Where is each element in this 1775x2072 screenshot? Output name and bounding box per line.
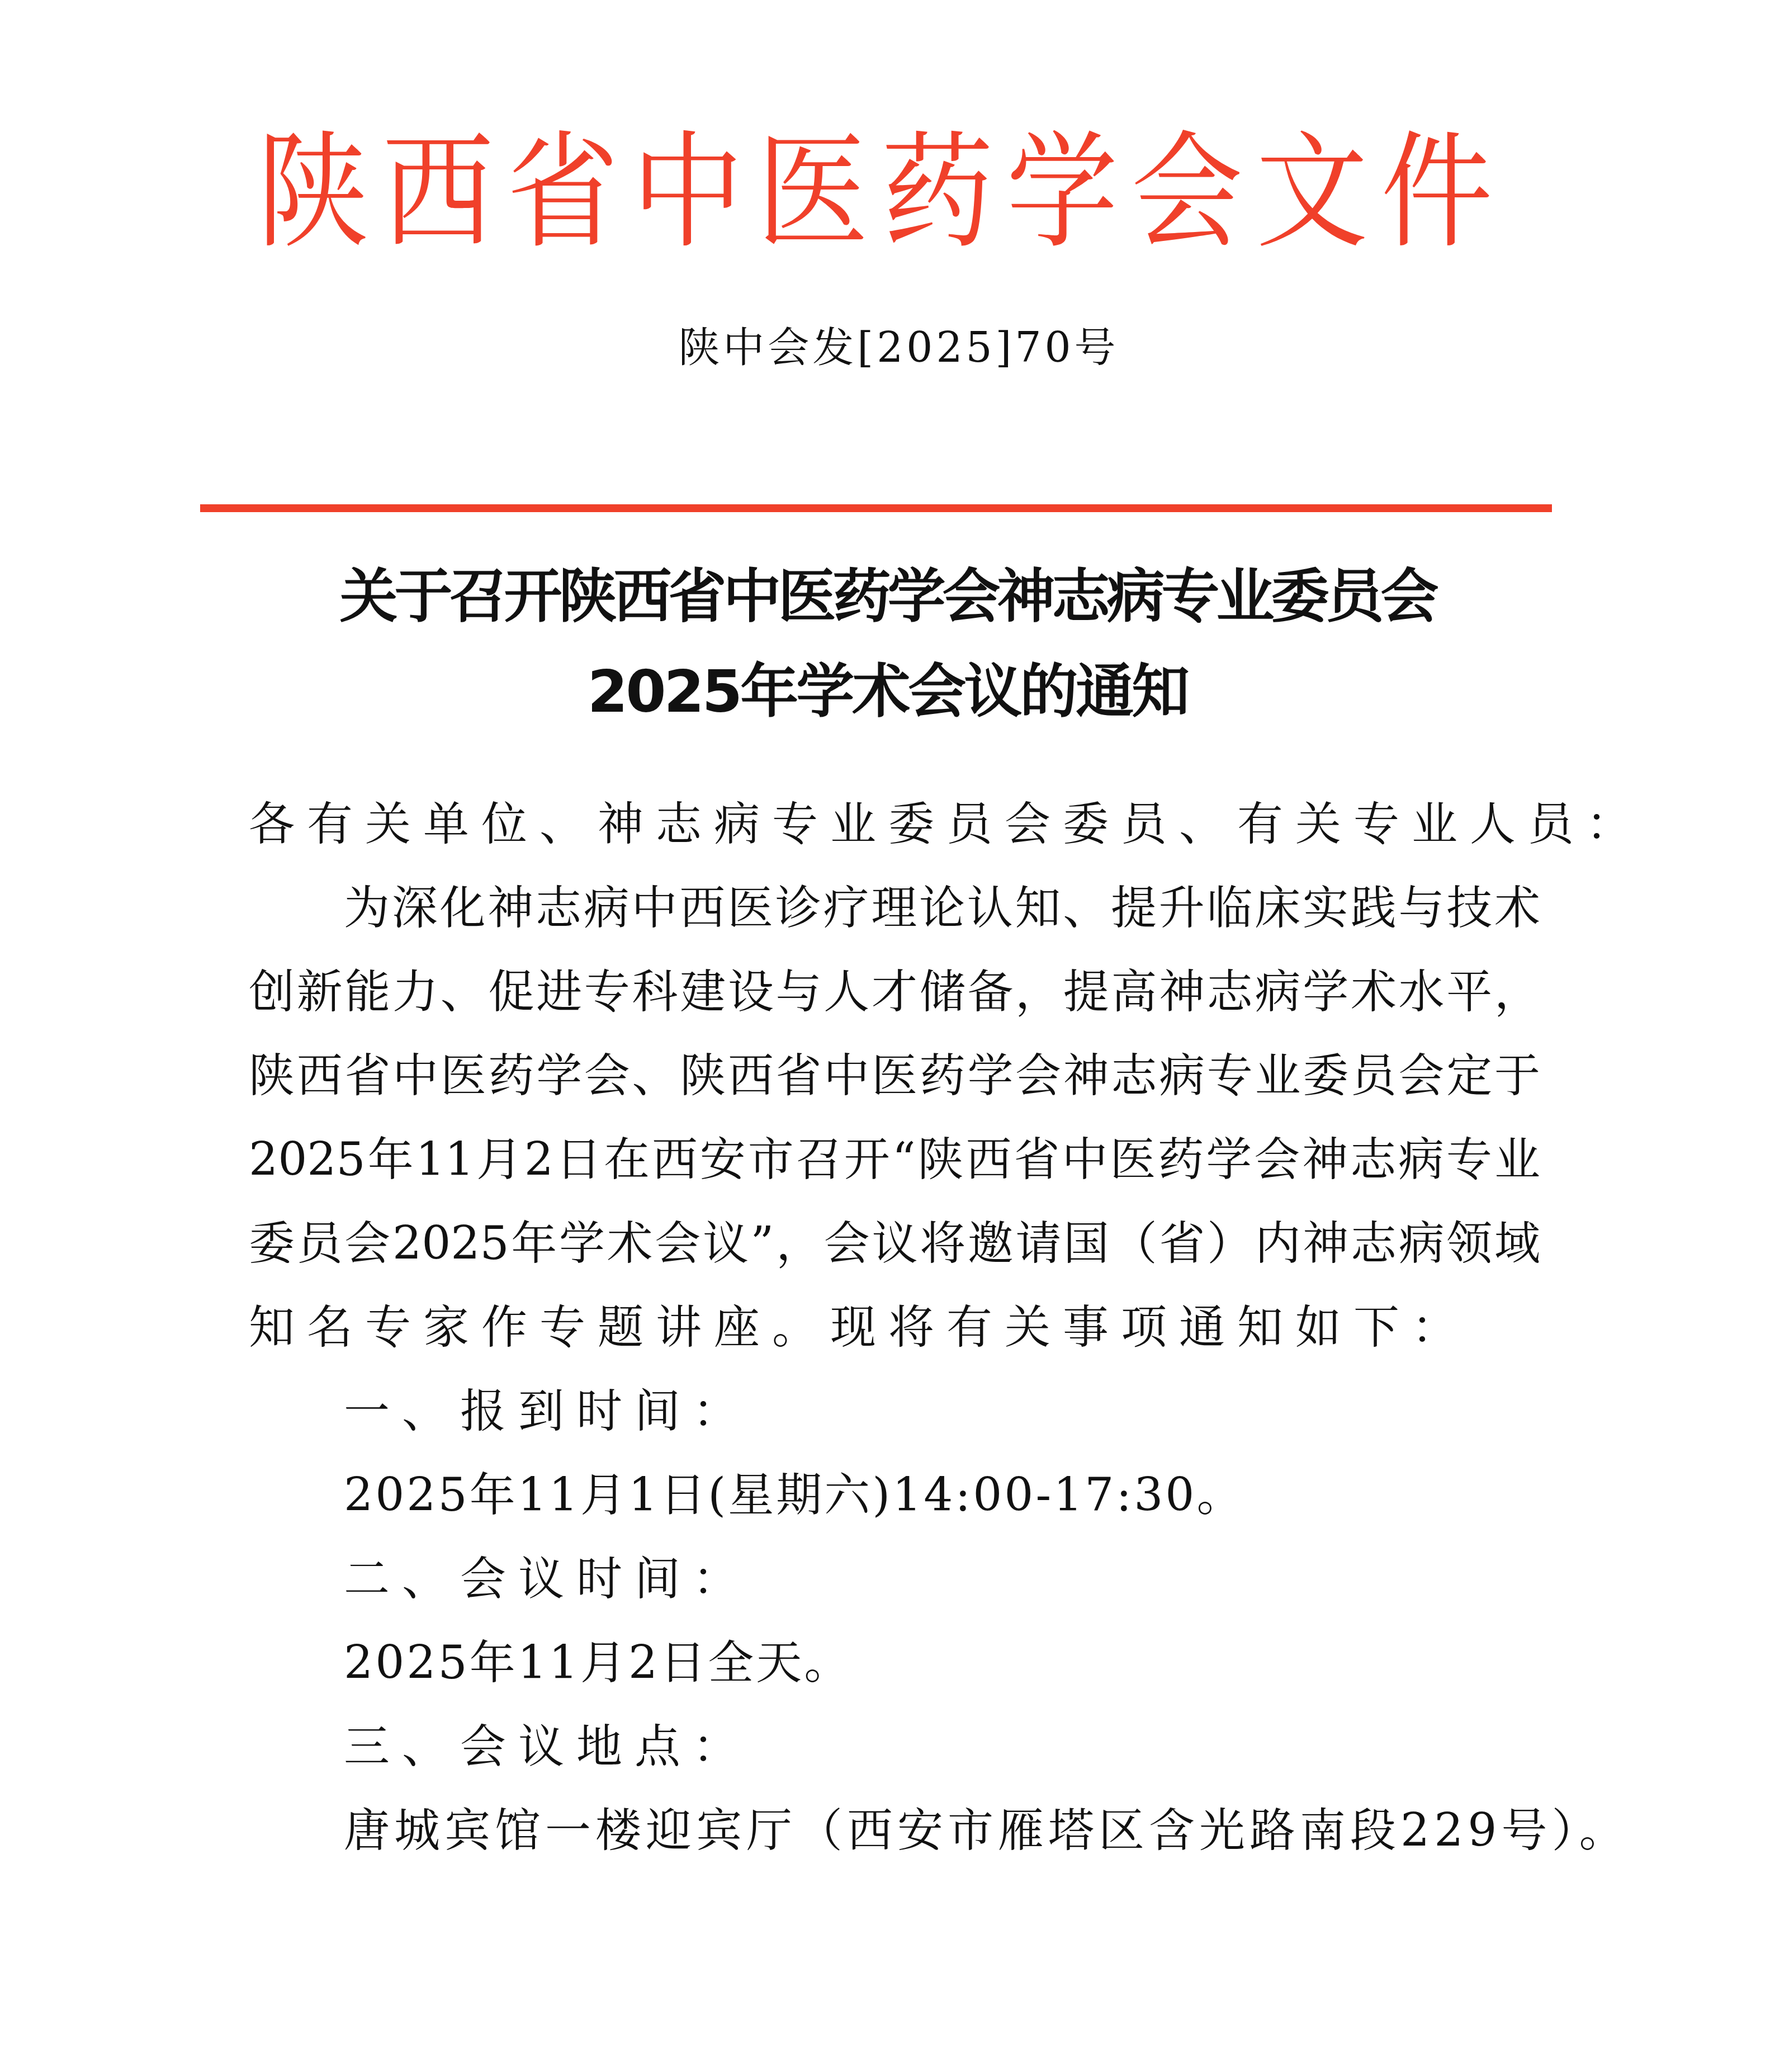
header-char: 文 [1256, 121, 1368, 265]
intro-paragraph-line: 陕西省中医药学会、陕西省中医药学会神志病专业委员会定于 [249, 1046, 1540, 1107]
section-heading-venue: 三、会议地点： [344, 1716, 1540, 1778]
intro-paragraph-line: 为深化神志病中西医诊疗理论认知、提升临床实践与技术 [344, 878, 1540, 939]
header-char: 会 [1131, 121, 1243, 265]
header-char: 医 [756, 121, 868, 265]
salutation: 各有关单位、神志病专业委员会委员、有关专业人员： [249, 794, 1540, 855]
org-header-title: 陕 西 省 中 医 药 学 会 文 件 [257, 129, 1493, 257]
header-char: 西 [382, 121, 494, 265]
document-number: 陕中会发[2025]70号 [0, 320, 1775, 376]
notice-title-line-1: 关于召开陕西省中医药学会神志病专业委员会 [0, 560, 1775, 633]
header-char: 药 [882, 121, 993, 265]
red-divider-rule [200, 504, 1552, 512]
header-char: 陕 [257, 121, 369, 265]
header-char: 学 [1006, 121, 1118, 265]
section-heading-registration: 一、报到时间： [344, 1381, 1540, 1442]
intro-paragraph-line: 2025年11月2日在西安市召开“陕西省中医药学会神志病专业 [249, 1129, 1540, 1191]
header-char: 省 [507, 121, 619, 265]
section-heading-meeting-time: 二、会议时间： [344, 1549, 1540, 1610]
intro-paragraph-line: 委员会2025年学术会议”，会议将邀请国（省）内神志病领域 [249, 1213, 1540, 1275]
intro-paragraph-line: 知名专家作专题讲座。现将有关事项通知如下： [249, 1297, 1540, 1359]
section-content-meeting-time: 2025年11月2日全天。 [344, 1633, 1540, 1694]
intro-paragraph-line: 创新能力、促进专科建设与人才储备，提高神志病学术水平， [249, 962, 1540, 1023]
notice-title-line-2: 2025年学术会议的通知 [0, 655, 1775, 728]
header-char: 中 [632, 121, 744, 265]
section-content-venue: 唐城宾馆一楼迎宾厅（西安市雁塔区含光路南段229号）。 [344, 1800, 1540, 1862]
header-char: 件 [1381, 121, 1493, 265]
section-content-registration: 2025年11月1日(星期六)14:00-17:30。 [344, 1465, 1540, 1526]
